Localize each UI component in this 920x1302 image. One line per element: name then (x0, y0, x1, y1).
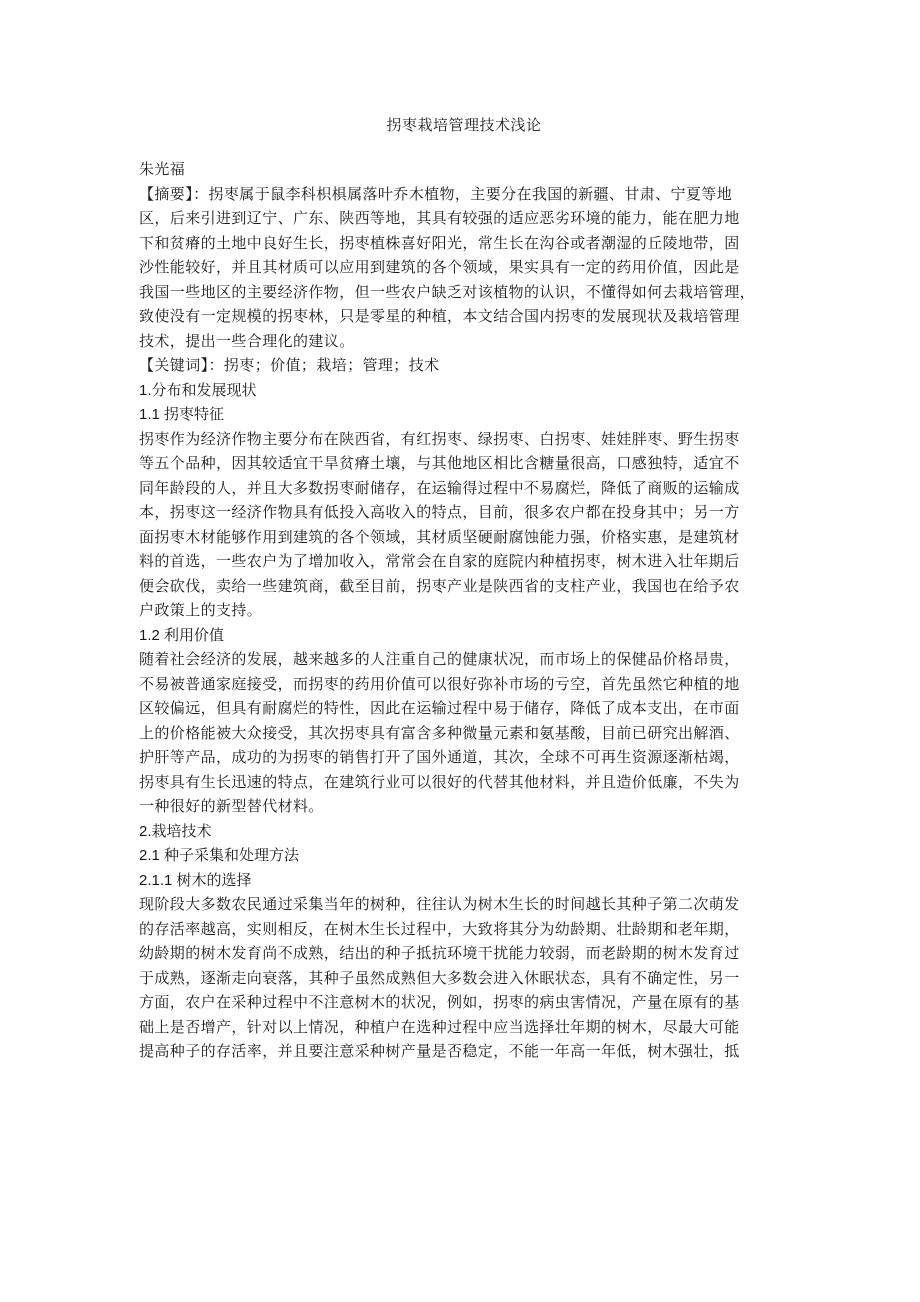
paragraph-line: 拐枣具有生长迅速的特点，在建筑行业可以很好的代替其他材料，并且造价低廉，不失为 (139, 770, 789, 795)
paragraph-line: 随着社会经济的发展，越来越多的人注重自己的健康状况，而市场上的保健品价格昂贵， (139, 647, 789, 672)
heading-number: 1. (139, 382, 152, 399)
paragraph-2-1-1: 现阶段大多数农民通过采集当年的树种，往往认为树木生长的时间越长其种子第二次萌发 … (139, 892, 789, 1064)
section-heading-1-2: 1.2 利用价值 (139, 623, 789, 648)
paragraph-line: 面拐枣木材能够作用到建筑的各个领域，其材质坚硬耐腐蚀能力强，价格实惠，是建筑材 (139, 525, 789, 550)
abstract-line: 致使没有一定规模的拐枣林，只是零星的种植，本文结合国内拐枣的发展现状及栽培管理 (139, 304, 789, 329)
paragraph-line: 提高种子的存活率，并且要注意采种树产量是否稳定，不能一年高一年低，树木强壮，抵 (139, 1039, 789, 1064)
paragraph-line: 拐枣作为经济作物主要分布在陕西省，有红拐枣、绿拐枣、白拐枣、娃娃胖枣、野生拐枣 (139, 427, 789, 452)
paragraph-line: 于成熟，逐渐走向衰落，其种子虽然成熟但大多数会进入休眠状态，具有不确定性，另一 (139, 966, 789, 991)
paragraph-line: 现阶段大多数农民通过采集当年的树种，往往认为树木生长的时间越长其种子第二次萌发 (139, 892, 789, 917)
heading-text: 拐枣特征 (164, 405, 224, 423)
document-title: 拐枣栽培管理技术浅论 (139, 113, 789, 137)
heading-text: 栽培技术 (152, 822, 212, 840)
heading-number: 2.1 (139, 847, 164, 864)
document-page: 拐枣栽培管理技术浅论 朱光福 【摘要】：拐枣属于鼠李科枳椇属落叶乔木植物，主要分… (139, 113, 789, 1064)
heading-number: 2.1.1 (139, 872, 177, 889)
abstract-line: 下和贫瘠的土地中良好生长，拐枣植株喜好阳光，常生长在沟谷或者潮湿的丘陵地带，固 (139, 231, 789, 256)
paragraph-line: 区较偏远，但具有耐腐烂的特性，因此在运输过程中易于储存，降低了成本支出，在市面 (139, 696, 789, 721)
paragraph-line: 幼龄期的树木发育尚不成熟，结出的种子抵抗环境干扰能力较弱，而老龄期的树木发育过 (139, 941, 789, 966)
heading-text: 分布和发展现状 (152, 381, 257, 399)
paragraph-line: 便会砍伐，卖给一些建筑商，截至目前，拐枣产业是陕西省的支柱产业，我国也在给予农 (139, 574, 789, 599)
heading-text: 树木的选择 (177, 871, 252, 889)
section-heading-1-1: 1.1 拐枣特征 (139, 402, 789, 427)
paragraph-line: 础上是否增产，针对以上情况，种植户在选种过程中应当选择壮年期的树木，尽最大可能 (139, 1015, 789, 1040)
section-heading-2-1: 2.1 种子采集和处理方法 (139, 843, 789, 868)
paragraph-line: 方面，农户在采种过程中不注意树木的状况，例如，拐枣的病虫害情况，产量在原有的基 (139, 990, 789, 1015)
heading-text: 利用价值 (164, 626, 224, 644)
paragraph-line: 不易被普通家庭接受，而拐枣的药用价值可以很好弥补市场的亏空，首先虽然它种植的地 (139, 672, 789, 697)
abstract-line: 【摘要】：拐枣属于鼠李科枳椇属落叶乔木植物，主要分在我国的新疆、甘肃、宁夏等地 (139, 182, 789, 207)
paragraph-line: 一种很好的新型替代材料。 (139, 794, 789, 819)
section-heading-2-1-1: 2.1.1 树木的选择 (139, 868, 789, 893)
paragraph-line: 同年龄段的人，并且大多数拐枣耐储存，在运输得过程中不易腐烂，降低了商贩的运输成 (139, 476, 789, 501)
paragraph-1-2: 随着社会经济的发展，越来越多的人注重自己的健康状况，而市场上的保健品价格昂贵， … (139, 647, 789, 819)
paragraph-1-1: 拐枣作为经济作物主要分布在陕西省，有红拐枣、绿拐枣、白拐枣、娃娃胖枣、野生拐枣 … (139, 427, 789, 623)
paragraph-line: 上的价格能被大众接受，其次拐枣具有富含多种微量元素和氨基酸，目前已研究出解酒、 (139, 721, 789, 746)
paragraph-line: 护肝等产品，成功的为拐枣的销售打开了国外通道，其次，全球不可再生资源逐渐枯竭， (139, 745, 789, 770)
abstract-line: 技术，提出一些合理化的建议。 (139, 329, 789, 354)
heading-number: 1.2 (139, 627, 164, 644)
abstract-line: 沙性能较好，并且其材质可以应用到建筑的各个领域，果实具有一定的药用价值，因此是 (139, 255, 789, 280)
paragraph-line: 本，拐枣这一经济作物具有低投入高收入的特点，目前，很多农户都在投身其中；另一方 (139, 500, 789, 525)
abstract-line: 区，后来引进到辽宁、广东、陕西等地，其具有较强的适应恶劣环境的能力，能在肥力地 (139, 206, 789, 231)
paragraph-line: 等五个品种，因其较适宜干旱贫瘠土壤，与其他地区相比含糖量很高，口感独特，适宜不 (139, 451, 789, 476)
keywords: 【关键词】：拐枣；价值；栽培；管理；技术 (139, 353, 789, 378)
heading-number: 2. (139, 823, 152, 840)
heading-text: 种子采集和处理方法 (164, 846, 299, 864)
author-name: 朱光福 (139, 157, 789, 182)
paragraph-line: 户政策上的支持。 (139, 598, 789, 623)
heading-number: 1.1 (139, 406, 164, 423)
paragraph-line: 的存活率越高，实则相反，在树木生长过程中，大致将其分为幼龄期、壮龄期和老年期， (139, 917, 789, 942)
section-heading-1: 1.分布和发展现状 (139, 378, 789, 403)
section-heading-2: 2.栽培技术 (139, 819, 789, 844)
abstract-line: 我国一些地区的主要经济作物，但一些农户缺乏对该植物的认识，不懂得如何去栽培管理， (139, 280, 789, 305)
abstract: 【摘要】：拐枣属于鼠李科枳椇属落叶乔木植物，主要分在我国的新疆、甘肃、宁夏等地 … (139, 182, 789, 354)
paragraph-line: 料的首选，一些农户为了增加收入，常常会在自家的庭院内种植拐枣，树木进入壮年期后 (139, 549, 789, 574)
